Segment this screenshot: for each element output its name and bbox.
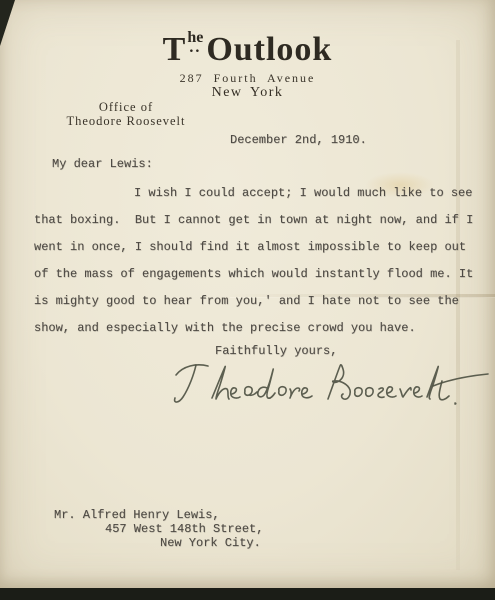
body-line: is mighty good to hear from you,' and I … [34,294,459,308]
outlook-masthead: The..Outlook [0,33,495,67]
closing-line: Faithfully yours, [215,344,337,358]
salutation: My dear Lewis: [52,157,153,171]
masthead-t: T [163,31,187,68]
letterhead-street-address: 287 Fourth Avenue [0,71,495,86]
body-line: of the mass of engagements which would i… [34,267,473,281]
recipient-name: Mr. Alfred Henry Lewis, [54,508,220,522]
recipient-street: 457 West 148th Street, [105,522,263,536]
recipient-city: New York City. [160,536,261,550]
office-name-line: Theodore Roosevelt [46,114,206,128]
body-line: went in once, I should find it almost im… [34,240,466,254]
masthead-he-stack: he.. [187,30,203,50]
masthead-dots: .. [189,45,201,50]
scan-edge-bottom [0,588,495,600]
signature-theodore-roosevelt [168,359,493,414]
office-of-block: Office of Theodore Roosevelt [46,100,206,128]
letter-paper: The..Outlook 287 Fourth Avenue New York … [0,0,495,589]
body-line: show, and especially with the precise cr… [34,321,416,335]
body-line: that boxing. But I cannot get in town at… [34,213,473,227]
scanned-letter: The..Outlook 287 Fourth Avenue New York … [0,0,495,600]
office-of-line: Office of [46,100,206,114]
letterhead-city: New York [0,85,495,101]
date-line: December 2nd, 1910. [230,133,367,147]
body-line: I wish I could accept; I would much like… [134,186,472,200]
masthead-outlook: Outlook [206,31,332,68]
